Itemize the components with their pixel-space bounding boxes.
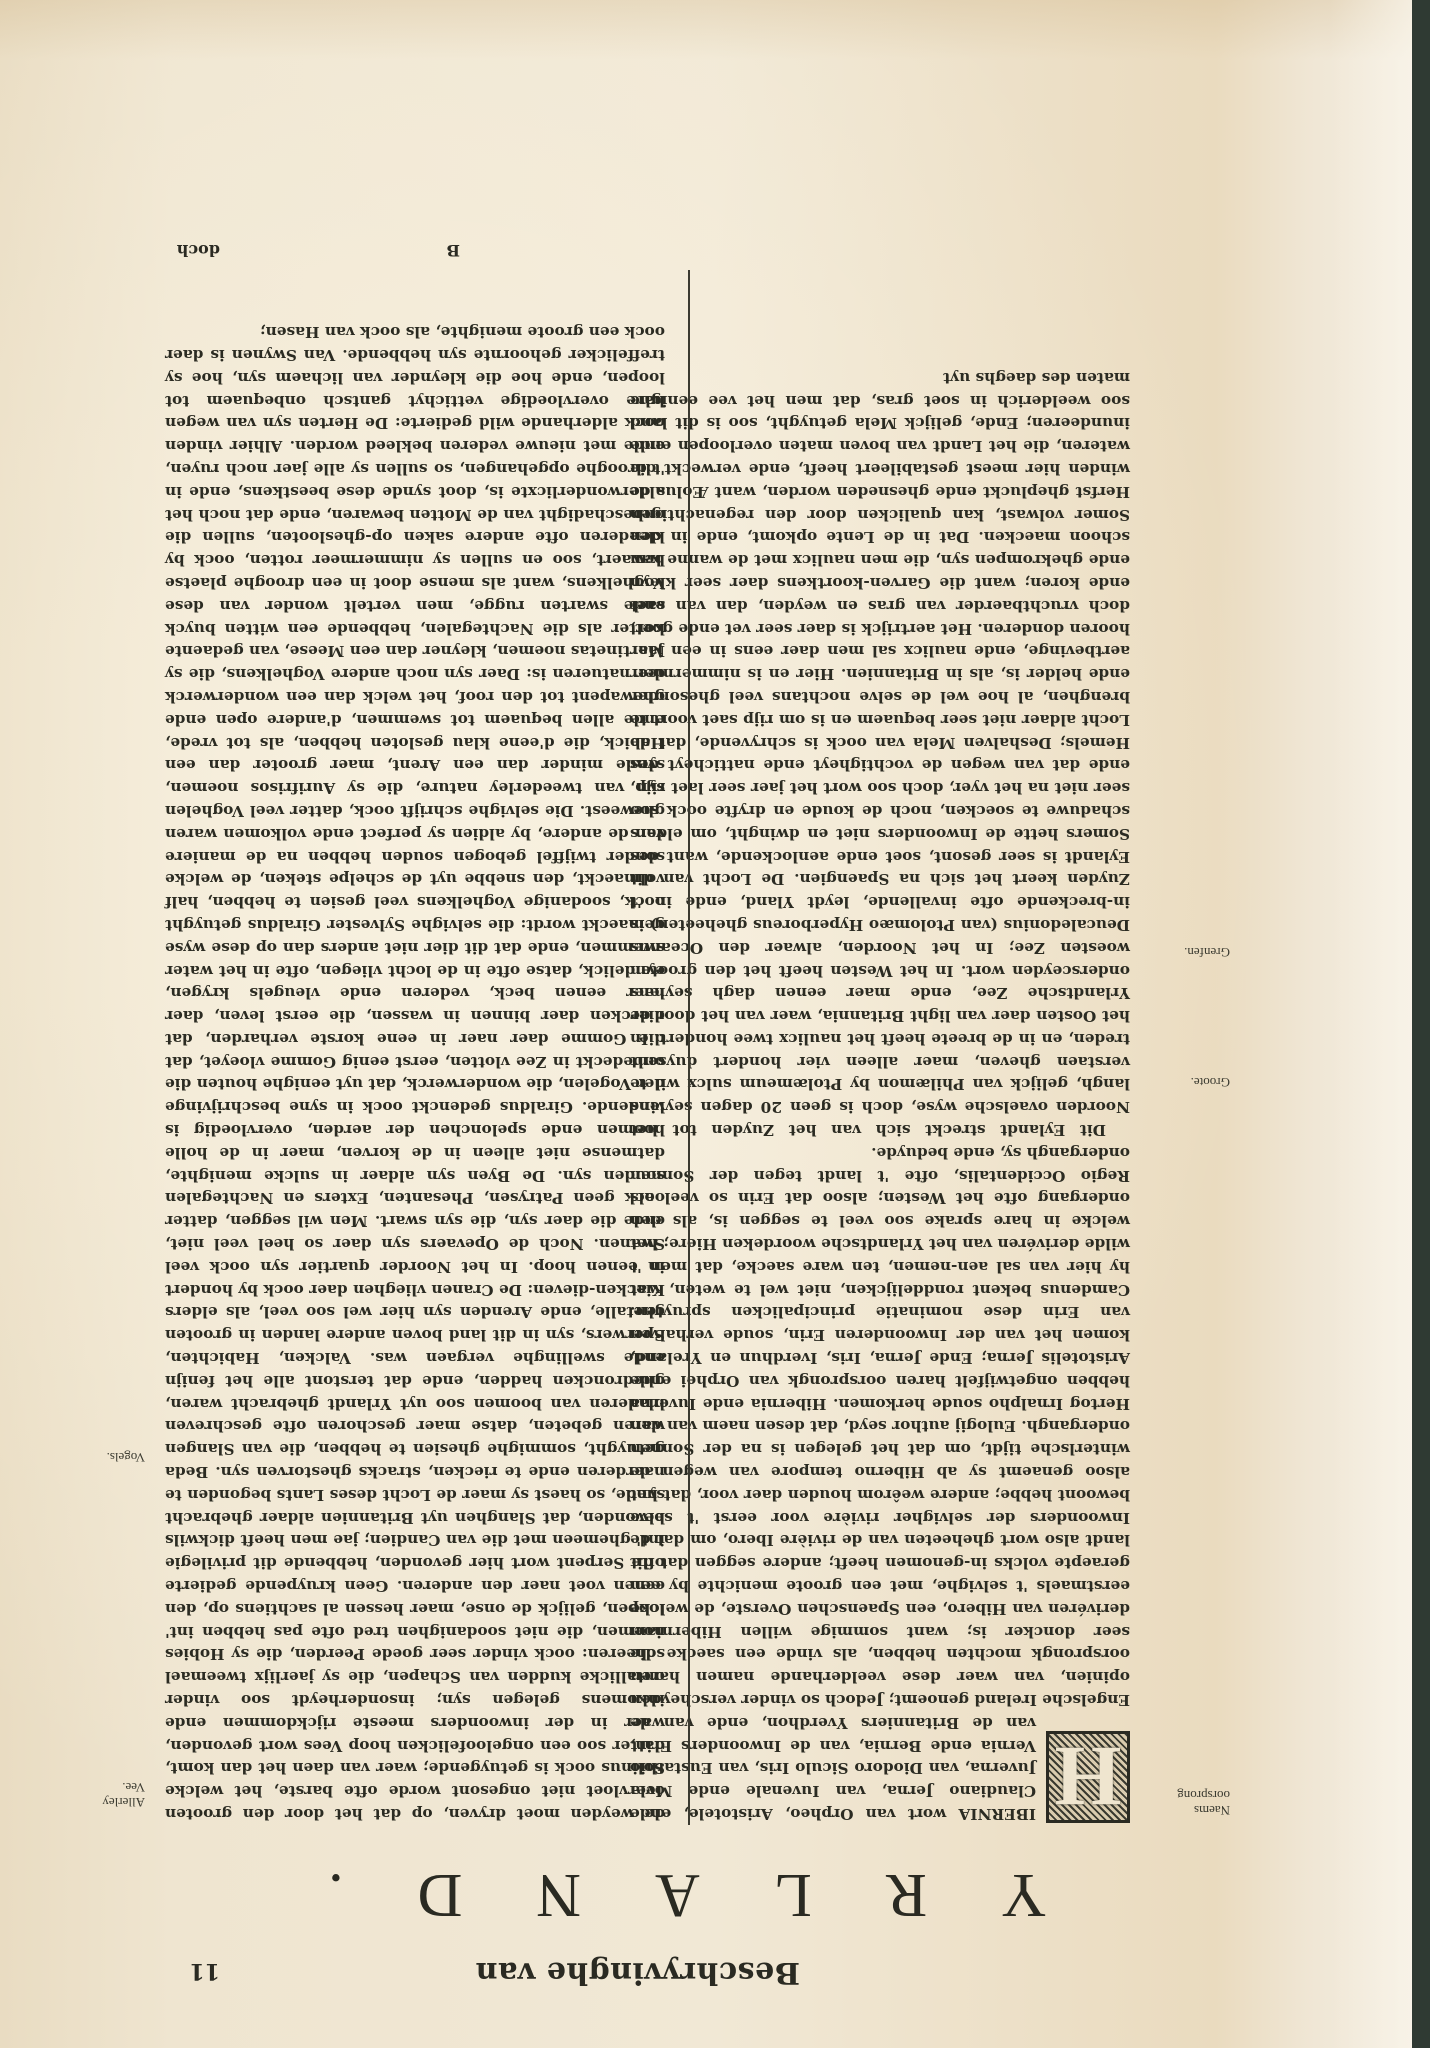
paper-stain [0,0,1430,60]
margin-note-vogels: Vogels. [85,1450,145,1465]
catchword: doch [177,241,220,260]
margin-note-groote: Groote. [1160,1075,1230,1090]
column-divider [688,270,690,1825]
text-column-left: H IBERNIA wort van Orpheo, Aristotele, e… [630,366,1130,1825]
dropcap-letter: H [1049,1734,1127,1820]
margin-note-grenfen: Grenfen. [1160,945,1230,960]
signature-mark: B [446,241,460,260]
margin-note-naems: Naems oorsprong [1160,1788,1230,1818]
scan-edge [1412,0,1430,2048]
paragraph: Dit Eylandt streckt sich van het Zuyden … [630,366,1130,1141]
country-title: YRLAND. [130,1859,1230,1930]
margin-note-allerley: Allerley Vee. [85,1780,145,1810]
text-column-right: de weyden moet dryven, op dat het door d… [165,320,665,1825]
paragraph: IBERNIA wort van Orpheo, Aristotele, end… [630,1141,1130,1825]
page-number: 11 [189,1958,220,1984]
book-page: Beschryvinghe van 11 YRLAND. Naems oorsp… [130,220,1230,1990]
running-head: Beschryvinghe van 11 [130,1950,1230,1990]
running-title: Beschryvinghe van [475,1955,800,1990]
paper-fold-strip [1330,0,1412,2048]
decorated-initial-icon: H [1046,1731,1130,1823]
paragraph: de weyden moet dryven, op dat het door d… [165,320,665,1825]
